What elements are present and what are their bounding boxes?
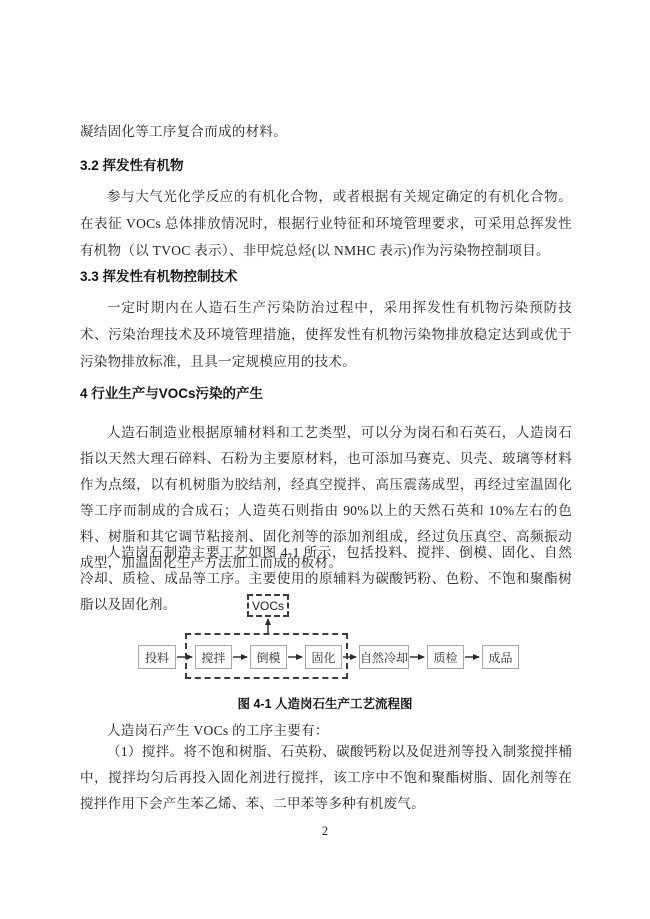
vocs-emission-box: VOCs bbox=[247, 594, 289, 617]
section-3-2-paragraph: 参与大气光化学反应的有机化合物，或者根据有关规定确定的有机化合物。在表征 VOC… bbox=[80, 183, 572, 264]
continuation-paragraph: 凝结固化等工序复合而成的材料。 bbox=[80, 118, 572, 145]
flow-node-6: 质检 bbox=[427, 645, 464, 669]
flow-node-4: 固化 bbox=[305, 645, 342, 669]
section-3-3-paragraph: 一定时期内在人造石生产污染防治过程中，采用挥发性有机物污染预防技术、污染治理技术… bbox=[80, 294, 572, 375]
vocs-label: VOCs bbox=[252, 599, 284, 613]
document-page: 凝结固化等工序复合而成的材料。 3.2 挥发性有机物 参与大气光化学反应的有机化… bbox=[0, 0, 650, 919]
figure-caption: 图 4-1 人造岗石生产工艺流程图 bbox=[0, 694, 650, 712]
page-number: 2 bbox=[0, 824, 650, 839]
flow-node-3: 倒模 bbox=[250, 645, 287, 669]
section-3-3-heading: 3.3 挥发性有机物控制技术 bbox=[80, 268, 572, 286]
figure-4-1-flowchart: VOCs 投料 搅拌 倒模 固化 自然冷却 质检 成品 bbox=[0, 588, 650, 688]
flow-node-7: 成品 bbox=[482, 645, 519, 669]
section-4-paragraph-4: （1）搅拌。将不饱和树脂、石英粉、碳酸钙粉以及促进剂等投入制浆搅拌桶中，搅拌均匀… bbox=[80, 739, 572, 817]
flow-node-2: 搅拌 bbox=[195, 645, 232, 669]
flow-node-1: 投料 bbox=[138, 645, 176, 669]
flow-node-5: 自然冷却 bbox=[359, 645, 409, 669]
section-3-2-heading: 3.2 挥发性有机物 bbox=[80, 157, 572, 175]
section-4-heading: 4 行业生产与VOCs污染的产生 bbox=[80, 385, 572, 403]
